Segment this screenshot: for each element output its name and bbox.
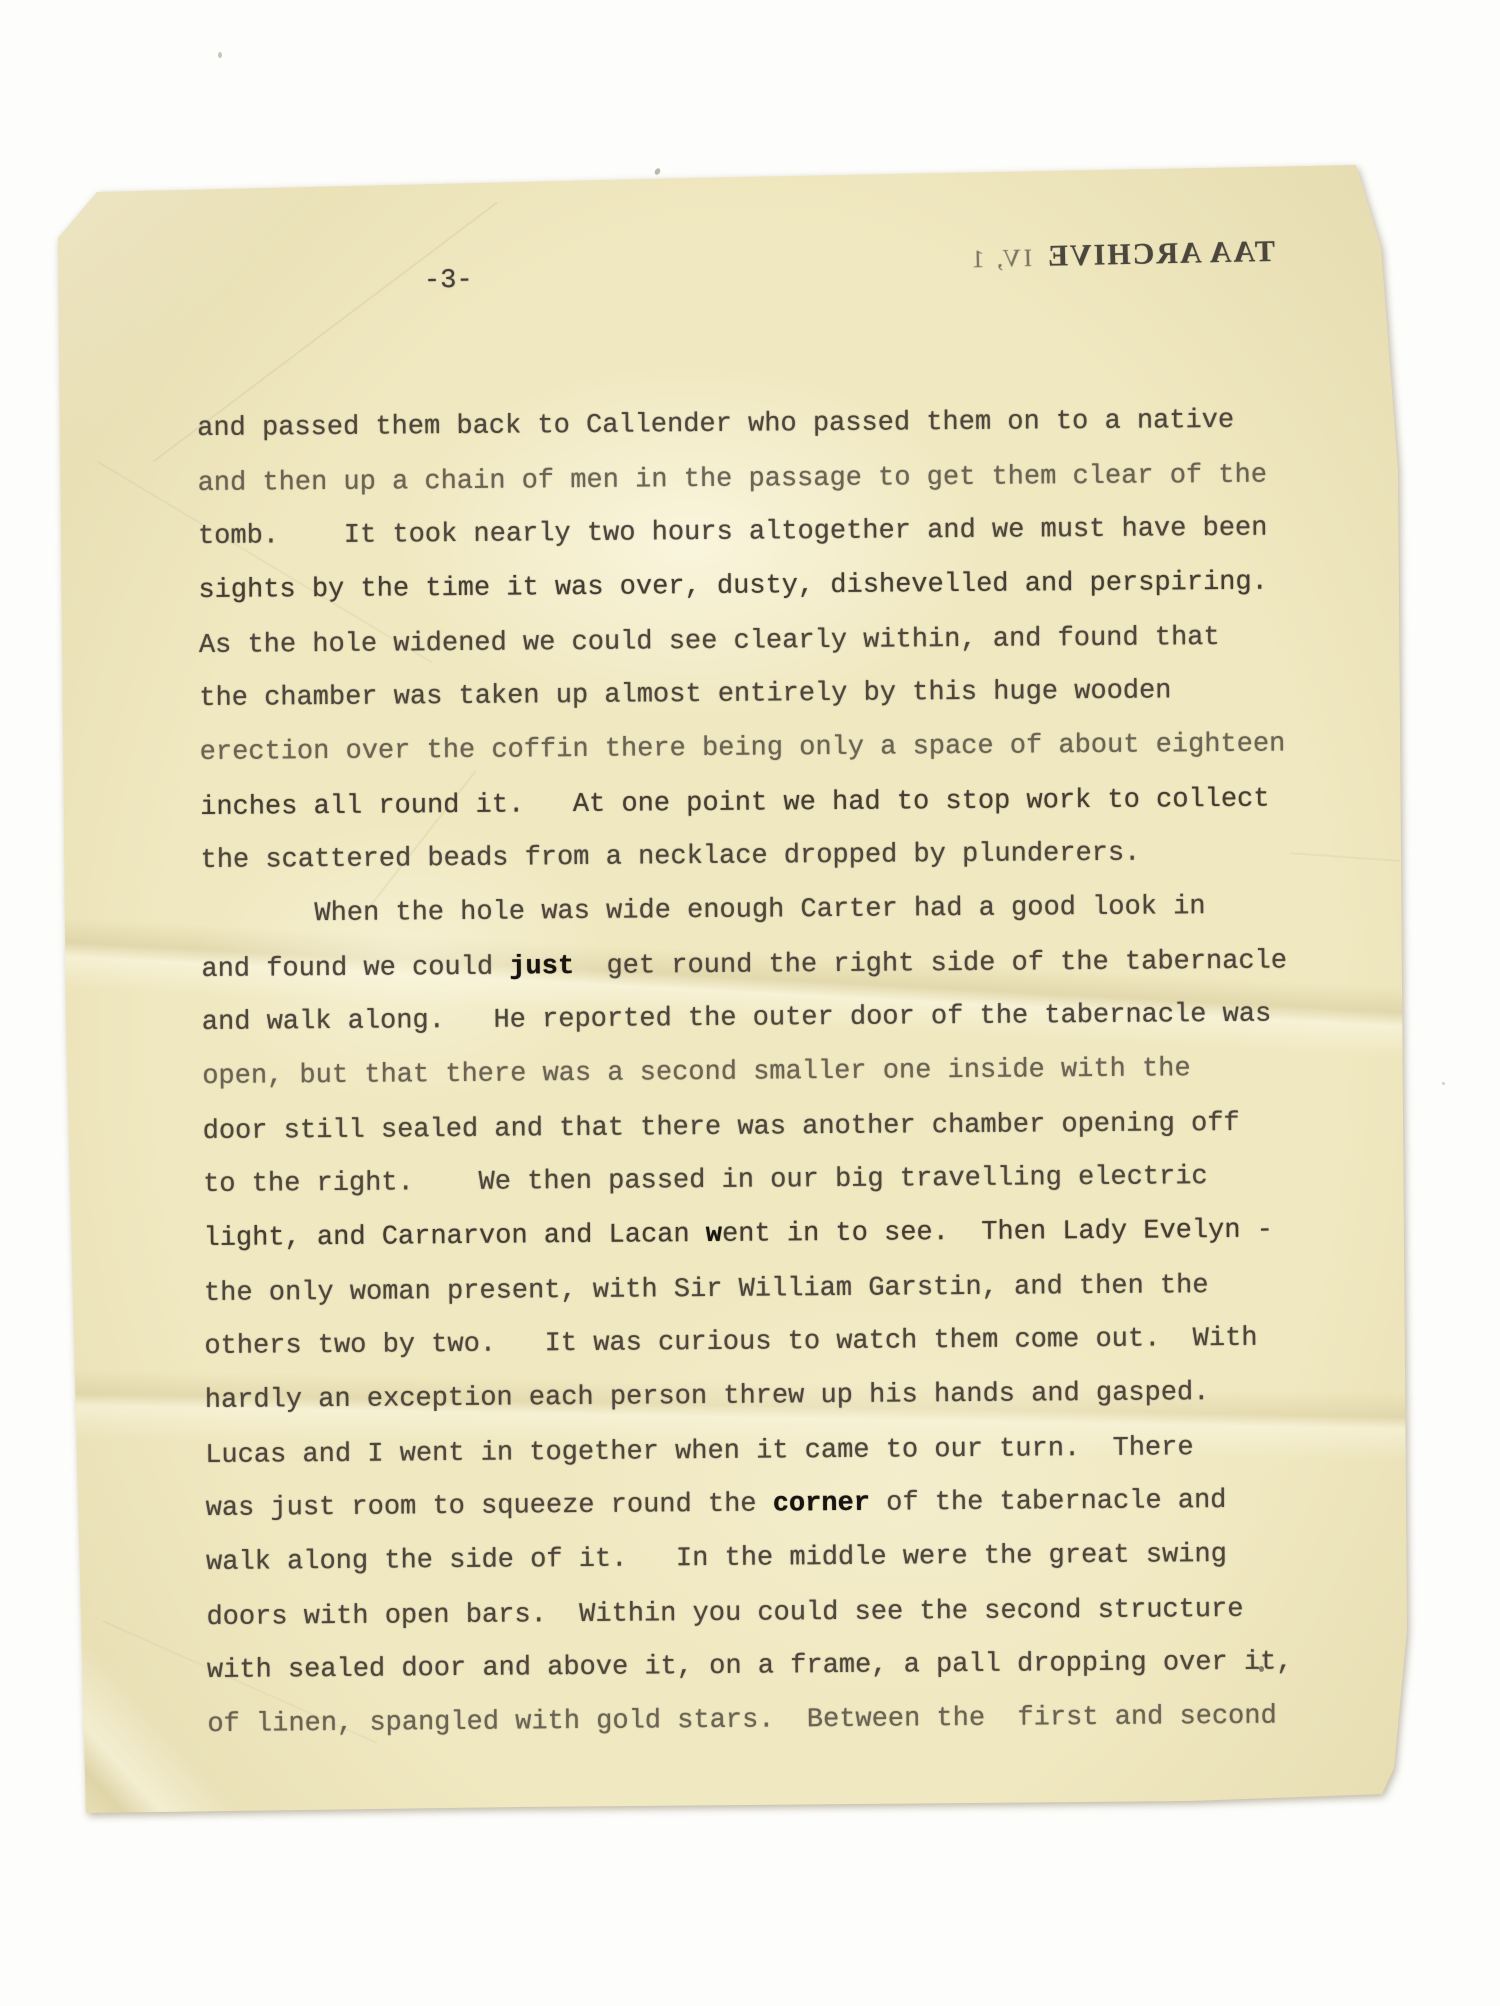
typewritten-line: doors with open bars. Within you could s… xyxy=(206,1582,1336,1645)
typewritten-segment: light, and Carnarvon and Lacan xyxy=(203,1220,706,1254)
typewritten-line: As the hole widened we could see clearly… xyxy=(199,610,1329,673)
typewritten-line: the chamber was taken up almost entirely… xyxy=(199,663,1329,726)
archive-stamp-number: IV, 1 xyxy=(969,245,1047,274)
typewritten-segment: sights by the time it was over, dusty, d… xyxy=(198,568,1268,606)
overtyped-word: w xyxy=(706,1220,722,1250)
typewritten-line: the scattered beads from a necklace drop… xyxy=(200,825,1330,888)
typewritten-line: with sealed door and above it, on a fram… xyxy=(207,1635,1337,1698)
typewritten-segment: tomb. It took nearly two hours altogethe… xyxy=(198,514,1268,552)
typewritten-line: was just room to squeeze round the corne… xyxy=(205,1473,1335,1536)
typewritten-line: open, but that there was a second smalle… xyxy=(202,1041,1332,1104)
typewritten-line: inches all round it. At one point we had… xyxy=(200,772,1330,835)
typewritten-segment: Lucas and I went in together when it cam… xyxy=(205,1433,1194,1471)
typewritten-segment: inches all round it. At one point we had… xyxy=(200,785,1270,823)
typewritten-segment: with sealed door and above it, on a fram… xyxy=(207,1647,1293,1686)
typewritten-line: sights by the time it was over, dusty, d… xyxy=(198,555,1328,618)
typewritten-line: light, and Carnarvon and Lacan went in t… xyxy=(203,1203,1333,1266)
typewritten-segment: erection over the coffin there being onl… xyxy=(200,729,1286,768)
typewritten-segment: and then up a chain of men in the passag… xyxy=(198,461,1268,499)
ink-speck xyxy=(508,1666,512,1671)
typewritten-segment: of linen, spangled with gold stars. Betw… xyxy=(207,1702,1277,1740)
scanner-background: TAA ARCHIVEIV, 1 -3- and passed them bac… xyxy=(0,0,1500,2006)
typewritten-segment: the only woman present, with Sir William… xyxy=(204,1271,1209,1309)
paper-shadow: TAA ARCHIVEIV, 1 -3- and passed them bac… xyxy=(0,0,1500,2006)
typewritten-line: door still sealed and that there was ano… xyxy=(203,1096,1333,1159)
typewritten-segment: door still sealed and that there was ano… xyxy=(203,1109,1240,1147)
typewritten-line: walk along the side of it. In the middle… xyxy=(206,1527,1336,1590)
typewritten-segment: get round the right side of the tabernac… xyxy=(574,946,1287,982)
typewritten-line: and walk along. He reported the outer do… xyxy=(202,987,1332,1050)
typewritten-line: and found we could just get round the ri… xyxy=(201,934,1331,997)
typewritten-segment: walk along the side of it. In the middle… xyxy=(206,1540,1227,1578)
typewritten-segment: and walk along. He reported the outer do… xyxy=(202,1000,1272,1038)
typewritten-segment: others two by two. It was curious to wat… xyxy=(204,1324,1257,1362)
page-number: -3- xyxy=(424,266,473,296)
typewritten-segment: As the hole widened we could see clearly… xyxy=(199,623,1220,661)
typewritten-segment: to the right. We then passed in our big … xyxy=(203,1162,1208,1200)
typewritten-line: When the hole was wide enough Carter had… xyxy=(201,879,1331,942)
typewritten-line: erection over the coffin there being onl… xyxy=(200,717,1330,780)
typewritten-line: of linen, spangled with gold stars. Betw… xyxy=(207,1689,1337,1752)
archive-stamp: TAA ARCHIVEIV, 1 xyxy=(975,235,1276,275)
typewritten-line: the only woman present, with Sir William… xyxy=(204,1258,1334,1321)
typewritten-segment: the chamber was taken up almost entirely… xyxy=(199,676,1171,714)
typewritten-segment: was just room to squeeze round the xyxy=(206,1490,773,1524)
typewritten-line: Lucas and I went in together when it cam… xyxy=(205,1420,1335,1483)
typewritten-segment: and passed them back to Callender who pa… xyxy=(197,406,1234,444)
typewritten-segment: doors with open bars. Within you could s… xyxy=(206,1595,1243,1633)
typewritten-segment: the scattered beads from a necklace drop… xyxy=(200,839,1140,876)
typewritten-segment: and found we could xyxy=(201,953,509,985)
typewritten-line: and then up a chain of men in the passag… xyxy=(197,448,1327,511)
typewritten-text: and passed them back to Callender who pa… xyxy=(197,393,1338,1752)
overtyped-word: just xyxy=(509,952,574,983)
letter-page: TAA ARCHIVEIV, 1 -3- and passed them bac… xyxy=(0,0,1500,2006)
typewritten-segment: When the hole was wide enough Carter had… xyxy=(201,892,1206,930)
typewritten-line: to the right. We then passed in our big … xyxy=(203,1149,1333,1212)
typewritten-segment: hardly an exception each person threw up… xyxy=(205,1378,1210,1416)
typewritten-line: hardly an exception each person threw up… xyxy=(205,1365,1335,1428)
typewritten-line: and passed them back to Callender who pa… xyxy=(197,393,1327,456)
typewritten-line: tomb. It took nearly two hours altogethe… xyxy=(198,501,1328,564)
archive-stamp-text: TAA ARCHIVE xyxy=(1046,235,1276,273)
overtyped-word: corner xyxy=(773,1489,870,1520)
ink-speck xyxy=(1259,1666,1264,1672)
typewritten-segment: open, but that there was a second smalle… xyxy=(202,1054,1191,1092)
typewritten-line: others two by two. It was curious to wat… xyxy=(204,1311,1334,1374)
typewritten-segment: ent in to see. Then Lady Evelyn - xyxy=(722,1216,1273,1250)
typewritten-segment: of the tabernacle and xyxy=(870,1486,1227,1519)
